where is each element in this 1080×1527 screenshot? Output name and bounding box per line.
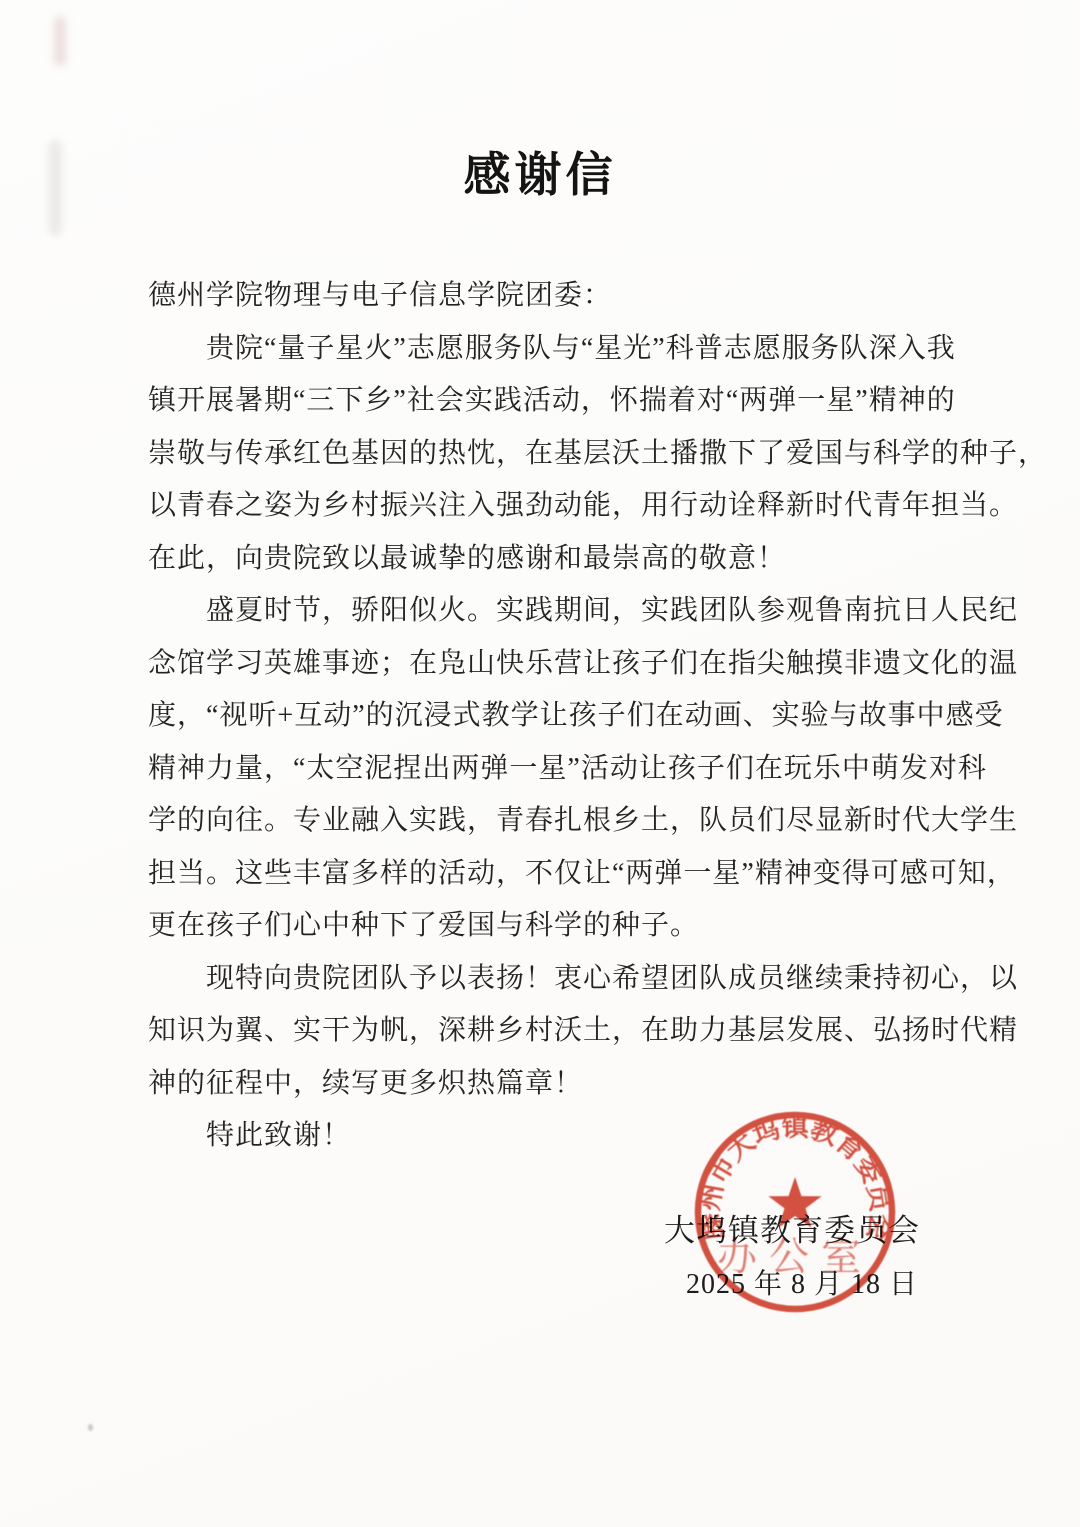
- body-line: 念馆学习英雄事迹；在凫山快乐营让孩子们在指尖触摸非遗文化的温: [148, 638, 948, 691]
- body-line: 盛夏时节，骄阳似火。实践期间，实践团队参观鲁南抗日人民纪: [148, 585, 948, 638]
- body-line: 知识为翼、实干为帆，深耕乡村沃土，在助力基层发展、弘扬时代精: [148, 1005, 948, 1058]
- body-line: 学的向往。专业融入实践，青春扎根乡土，队员们尽显新时代大学生: [148, 795, 948, 848]
- seal-office-text: 办公室: [717, 1234, 873, 1279]
- letter-title: 感谢信: [0, 138, 1080, 205]
- body-line: 镇开展暑期“三下乡”社会实践活动，怀揣着对“两弹一星”精神的: [148, 375, 948, 428]
- star-icon: [768, 1177, 821, 1228]
- salutation: 德州学院物理与电子信息学院团委：: [148, 270, 948, 323]
- ink-smudge: [54, 16, 66, 66]
- body-line: 更在孩子们心中种下了爱国与科学的种子。: [148, 900, 948, 953]
- body-line: 精神力量，“太空泥捏出两弹一星”活动让孩子们在玩乐中萌发对科: [148, 743, 948, 796]
- letter-body: 德州学院物理与电子信息学院团委： 贵院“量子星火”志愿服务队与“星光”科普志愿服…: [148, 270, 948, 1163]
- body-lines: 贵院“量子星火”志愿服务队与“星光”科普志愿服务队深入我镇开展暑期“三下乡”社会…: [148, 323, 948, 1163]
- paper-speck: [88, 1424, 93, 1431]
- body-line: 在此，向贵院致以最诚挚的感谢和最崇高的敬意！: [148, 533, 948, 586]
- body-line: 贵院“量子星火”志愿服务队与“星光”科普志愿服务队深入我: [148, 323, 948, 376]
- letter-page: 感谢信 德州学院物理与电子信息学院团委： 贵院“量子星火”志愿服务队与“星光”科…: [0, 0, 1080, 1527]
- official-seal-stamp: 滕州市大坞镇教育委员会 办公室: [678, 1095, 912, 1329]
- body-line: 担当。这些丰富多样的活动，不仅让“两弹一星”精神变得可感可知，: [148, 848, 948, 901]
- seal-arc-text: 滕州市大坞镇教育委员会: [694, 1112, 896, 1243]
- body-line: 现特向贵院团队予以表扬！衷心希望团队成员继续秉持初心，以: [148, 953, 948, 1006]
- body-line: 度，“视听+互动”的沉浸式教学让孩子们在动画、实验与故事中感受: [148, 690, 948, 743]
- body-line: 以青春之姿为乡村振兴注入强劲动能，用行动诠释新时代青年担当。: [148, 480, 948, 533]
- body-line: 崇敬与传承红色基因的热忱，在基层沃土播撒下了爱国与科学的种子，: [148, 428, 948, 481]
